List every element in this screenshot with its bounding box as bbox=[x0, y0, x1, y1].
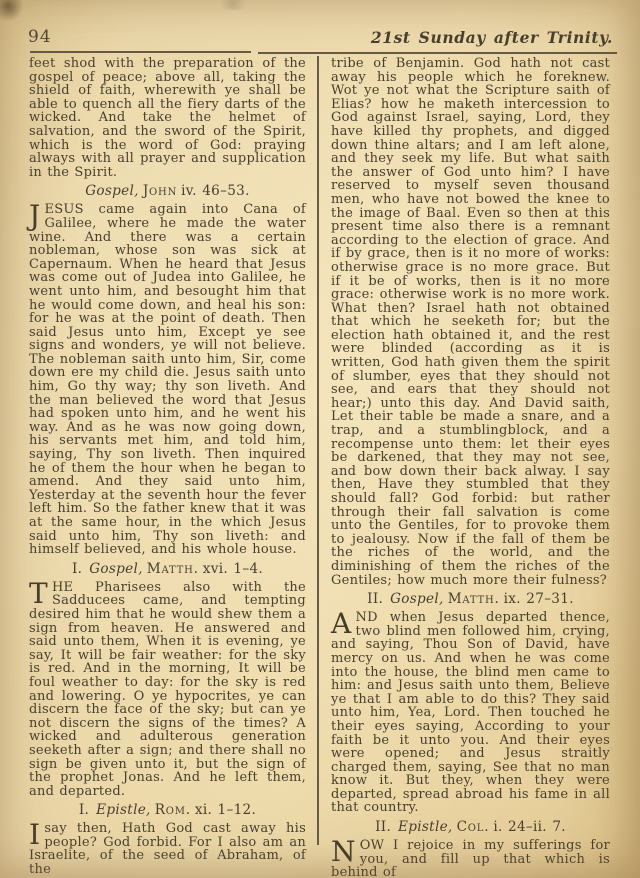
drop-cap: A bbox=[331, 611, 355, 636]
drop-cap: T bbox=[29, 581, 52, 606]
heading-first-gospel-matth: I.Gospel,Matth.xvi. 1–4. bbox=[29, 561, 306, 578]
header-rule-left bbox=[30, 51, 251, 53]
paragraph-epistle-rom: Isay then, Hath God cast away his people… bbox=[29, 822, 306, 876]
left-column: feet shod with the preparation of the go… bbox=[29, 57, 306, 877]
page-number: 94 bbox=[28, 27, 52, 47]
heading-type: Gospel, bbox=[89, 561, 143, 577]
drop-cap: N bbox=[331, 839, 360, 864]
heading-second-gospel-matth: II.Gospel,Matth.ix. 27–31. bbox=[331, 591, 610, 608]
heading-ref: i. 24–ii. 7. bbox=[493, 819, 566, 835]
heading-gospel-john: Gospel,Johniv. 46–53. bbox=[29, 183, 306, 200]
paragraph-text: say then, Hath God cast away his people?… bbox=[29, 821, 306, 877]
paragraph-text: ND when Jesus departed thence, two blind… bbox=[331, 610, 610, 815]
paragraph-epistle-rom-continuation: tribe of Benjamin. God hath not cast awa… bbox=[331, 57, 610, 587]
heading-ref: xi. 1–12. bbox=[195, 802, 256, 818]
paragraph-text: OW I rejoice in my sufferings for you, a… bbox=[331, 838, 610, 878]
running-title: 21st Sunday after Trinity. bbox=[371, 28, 613, 47]
heading-book: Col. bbox=[457, 819, 490, 835]
paragraph-epistle-col: NOW I rejoice in my sufferings for you, … bbox=[331, 839, 610, 878]
heading-book: Matth. bbox=[448, 591, 500, 607]
heading-type: Gospel, bbox=[390, 591, 444, 607]
heading-second-epistle-col: II.Epistle,Col.i. 24–ii. 7. bbox=[331, 819, 610, 836]
heading-book: John bbox=[143, 183, 177, 199]
heading-book: Matth. bbox=[147, 561, 199, 577]
heading-number: II. bbox=[367, 591, 383, 607]
column-divider bbox=[317, 56, 319, 845]
heading-number: II. bbox=[375, 819, 391, 835]
header-rule-right bbox=[258, 52, 617, 54]
scan-corner-smudge bbox=[0, 0, 25, 21]
paragraph-text: ESUS came again into Cana of Galilee, wh… bbox=[29, 202, 306, 557]
heading-number: I. bbox=[79, 802, 89, 818]
scan-top-smudge bbox=[216, 0, 250, 10]
paragraph-gospel-matth-ix: AND when Jesus departed thence, two blin… bbox=[331, 611, 610, 815]
heading-ref: xvi. 1–4. bbox=[203, 561, 263, 577]
scanned-book-page: 94 21st Sunday after Trinity. feet shod … bbox=[0, 0, 640, 878]
heading-first-epistle-rom: I.Epistle,Rom.xi. 1–12. bbox=[29, 802, 306, 819]
drop-cap: I bbox=[29, 822, 44, 847]
heading-book: Rom. bbox=[155, 802, 191, 818]
heading-number: I. bbox=[72, 561, 82, 577]
heading-type: Epistle, bbox=[96, 802, 151, 818]
heading-ref: ix. 27–31. bbox=[504, 591, 574, 607]
heading-type: Gospel, bbox=[85, 183, 139, 199]
heading-ref: iv. 46–53. bbox=[181, 183, 250, 199]
paragraph-gospel-matth: THE Pharisees also with the Sadducees ca… bbox=[29, 581, 306, 799]
paragraph-text: HE Pharisees also with the Sadducees cam… bbox=[29, 580, 306, 799]
right-column: tribe of Benjamin. God hath not cast awa… bbox=[331, 57, 610, 878]
heading-type: Epistle, bbox=[398, 819, 453, 835]
drop-cap: J bbox=[29, 203, 44, 228]
paragraph-gospel-john: JESUS came again into Cana of Galilee, w… bbox=[29, 203, 306, 556]
paragraph-epistle-continuation: feet shod with the preparation of the go… bbox=[29, 57, 306, 179]
